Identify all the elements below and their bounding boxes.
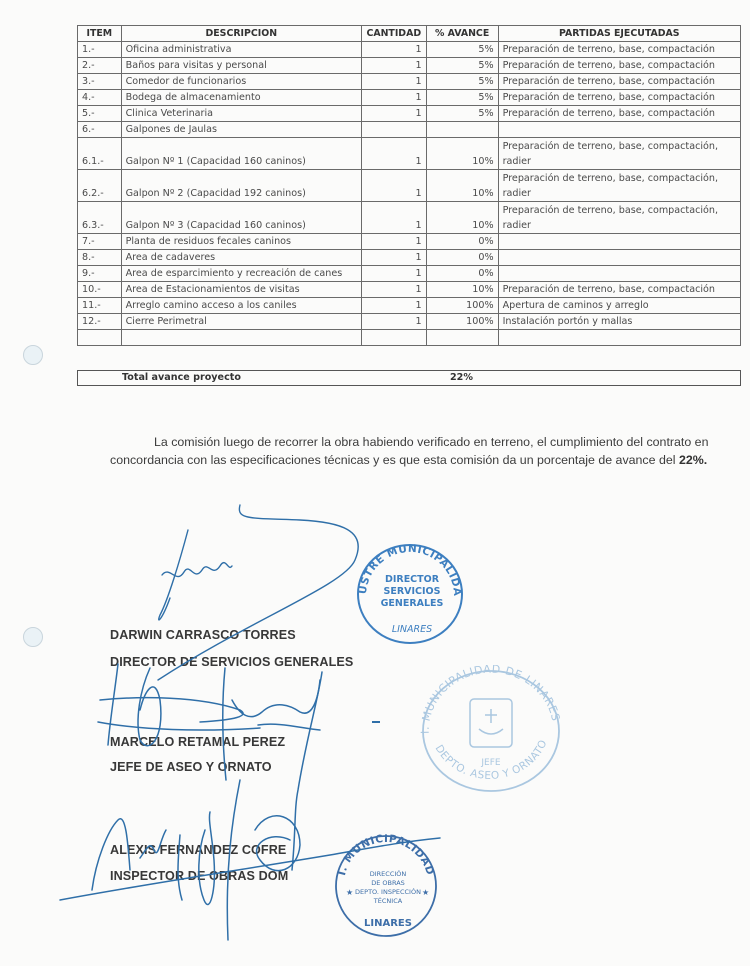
progress-table: ITEM DESCRIPCION CANTIDAD % AVANCE PARTI… bbox=[77, 25, 741, 346]
table-row: 2.-Baños para visitas y personal15%Prepa… bbox=[78, 58, 741, 74]
cell-cantidad bbox=[361, 122, 426, 138]
cell-cantidad: 1 bbox=[361, 314, 426, 330]
total-value: 22% bbox=[446, 371, 741, 386]
cell-partidas bbox=[498, 266, 740, 282]
cell-descripcion: Galpones de Jaulas bbox=[121, 122, 361, 138]
total-table: Total avance proyecto 22% bbox=[77, 370, 741, 386]
cell-avance: 5% bbox=[426, 106, 498, 122]
cell-avance: 0% bbox=[426, 266, 498, 282]
cell-partidas: Preparación de terreno, base, compactaci… bbox=[498, 170, 740, 202]
cell-cantidad: 1 bbox=[361, 250, 426, 266]
cell-cantidad: 1 bbox=[361, 170, 426, 202]
cell-descripcion: Galpon Nº 1 (Capacidad 160 caninos) bbox=[121, 138, 361, 170]
cell-item: 7.- bbox=[78, 234, 122, 250]
cell-cantidad: 1 bbox=[361, 42, 426, 58]
cell-avance: 10% bbox=[426, 202, 498, 234]
cell-avance: 0% bbox=[426, 234, 498, 250]
cell-descripcion: Area de Estacionamientos de visitas bbox=[121, 282, 361, 298]
cell-item: 6.3.- bbox=[78, 202, 122, 234]
total-row: Total avance proyecto 22% bbox=[78, 371, 741, 386]
cell-item: 6.1.- bbox=[78, 138, 122, 170]
cell-partidas: Preparación de terreno, base, compactaci… bbox=[498, 138, 740, 170]
table-row: 8.-Area de cadaveres10% bbox=[78, 250, 741, 266]
cell-cantidad: 1 bbox=[361, 90, 426, 106]
cell-avance: 5% bbox=[426, 42, 498, 58]
cell-descripcion: Arreglo camino acceso a los caniles bbox=[121, 298, 361, 314]
cell-descripcion: Baños para visitas y personal bbox=[121, 58, 361, 74]
conclusion-paragraph: La comisión luego de recorrer la obra ha… bbox=[110, 433, 710, 469]
cell-item: 12.- bbox=[78, 314, 122, 330]
star-icon: ★ bbox=[422, 888, 429, 897]
cell-partidas bbox=[498, 122, 740, 138]
cell-cantidad: 1 bbox=[361, 202, 426, 234]
table-row: 12.-Cierre Perimetral1100%Instalación po… bbox=[78, 314, 741, 330]
cell-avance: 5% bbox=[426, 58, 498, 74]
cell-partidas bbox=[498, 250, 740, 266]
cell-avance bbox=[426, 330, 498, 346]
table-row: 10.-Area de Estacionamientos de visitas1… bbox=[78, 282, 741, 298]
cell-cantidad: 1 bbox=[361, 74, 426, 90]
signature-darwin bbox=[158, 505, 358, 680]
stamp-aseo-ornato: I. MUNICIPALIDAD DE LINARES JEFE DEPTO. … bbox=[415, 665, 565, 795]
table-row: 6.2.-Galpon Nº 2 (Capacidad 192 caninos)… bbox=[78, 170, 741, 202]
stamp1-line-2: SERVICIOS bbox=[384, 586, 441, 597]
cell-cantidad: 1 bbox=[361, 282, 426, 298]
cell-descripcion: Clinica Veterinaria bbox=[121, 106, 361, 122]
cell-cantidad: 1 bbox=[361, 138, 426, 170]
cell-item: 9.- bbox=[78, 266, 122, 282]
cell-descripcion: Comedor de funcionarios bbox=[121, 74, 361, 90]
cell-partidas: Apertura de caminos y arreglo bbox=[498, 298, 740, 314]
signature-name-2: MARCELO RETAMAL PEREZ bbox=[110, 735, 285, 749]
cell-item: 10.- bbox=[78, 282, 122, 298]
cell-avance: 100% bbox=[426, 314, 498, 330]
cell-avance: 5% bbox=[426, 74, 498, 90]
cell-descripcion: Planta de residuos fecales caninos bbox=[121, 234, 361, 250]
table-row: 6.-Galpones de Jaulas bbox=[78, 122, 741, 138]
cell-descripcion: Oficina administrativa bbox=[121, 42, 361, 58]
stamp3-line-4: TÉCNICA bbox=[373, 896, 403, 905]
cell-item: 6.- bbox=[78, 122, 122, 138]
table-body: 1.-Oficina administrativa15%Preparación … bbox=[78, 42, 741, 346]
cell-cantidad: 1 bbox=[361, 298, 426, 314]
stamp1-line-3: GENERALES bbox=[381, 598, 444, 609]
cell-item: 1.- bbox=[78, 42, 122, 58]
cell-descripcion bbox=[121, 330, 361, 346]
cell-partidas: Instalación portón y mallas bbox=[498, 314, 740, 330]
header-partidas: PARTIDAS EJECUTADAS bbox=[498, 26, 740, 42]
punch-hole-bottom bbox=[23, 627, 43, 647]
stamp1-line-1: DIRECTOR bbox=[385, 574, 440, 585]
cell-descripcion: Cierre Perimetral bbox=[121, 314, 361, 330]
cell-avance: 100% bbox=[426, 298, 498, 314]
cell-descripcion: Area de cadaveres bbox=[121, 250, 361, 266]
punch-hole-top bbox=[23, 345, 43, 365]
table-row: 4.-Bodega de almacenamiento15%Preparació… bbox=[78, 90, 741, 106]
cell-cantidad: 1 bbox=[361, 58, 426, 74]
cell-avance: 5% bbox=[426, 90, 498, 106]
cell-partidas: Preparación de terreno, base, compactaci… bbox=[498, 74, 740, 90]
stamp-servicios-generales: ILUSTRE MUNICIPALIDAD DIRECTOR SERVICIOS… bbox=[352, 538, 468, 646]
cell-partidas bbox=[498, 234, 740, 250]
cell-descripcion: Bodega de almacenamiento bbox=[121, 90, 361, 106]
cell-item: 11.- bbox=[78, 298, 122, 314]
table-row bbox=[78, 330, 741, 346]
cell-item: 3.- bbox=[78, 74, 122, 90]
conclusion-percentage: 22%. bbox=[679, 453, 707, 467]
cell-descripcion: Area de esparcimiento y recreación de ca… bbox=[121, 266, 361, 282]
table-row: 6.3.-Galpon Nº 3 (Capacidad 160 caninos)… bbox=[78, 202, 741, 234]
signature-name-1: DARWIN CARRASCO TORRES bbox=[110, 628, 296, 642]
cell-partidas: Preparación de terreno, base, compactaci… bbox=[498, 106, 740, 122]
cell-descripcion: Galpon Nº 3 (Capacidad 160 caninos) bbox=[121, 202, 361, 234]
cell-cantidad: 1 bbox=[361, 234, 426, 250]
table-row: 5.-Clinica Veterinaria15%Preparación de … bbox=[78, 106, 741, 122]
table-row: 1.-Oficina administrativa15%Preparación … bbox=[78, 42, 741, 58]
cell-partidas: Preparación de terreno, base, compactaci… bbox=[498, 202, 740, 234]
signature-title-3: INSPECTOR DE OBRAS DOM bbox=[110, 869, 288, 883]
stamp3-line-2: DE OBRAS bbox=[371, 879, 405, 887]
signature-title-2: JEFE DE ASEO Y ORNATO bbox=[110, 760, 272, 774]
star-icon: ★ bbox=[346, 888, 353, 897]
stamp-direccion-obras: I. MUNICIPALIDAD DIRECCIÓN DE OBRAS DEPT… bbox=[330, 828, 442, 940]
cell-avance: 0% bbox=[426, 250, 498, 266]
cell-partidas: Preparación de terreno, base, compactaci… bbox=[498, 58, 740, 74]
stamp2-line-1: JEFE bbox=[480, 758, 501, 768]
cell-avance: 10% bbox=[426, 282, 498, 298]
cell-item: 2.- bbox=[78, 58, 122, 74]
header-item: ITEM bbox=[78, 26, 122, 42]
header-cantidad: CANTIDAD bbox=[361, 26, 426, 42]
conclusion-text: La comisión luego de recorrer la obra ha… bbox=[110, 435, 708, 467]
cell-item bbox=[78, 330, 122, 346]
cell-partidas: Preparación de terreno, base, compactaci… bbox=[498, 282, 740, 298]
header-descripcion: DESCRIPCION bbox=[121, 26, 361, 42]
cell-item: 6.2.- bbox=[78, 170, 122, 202]
table-row: 7.-Planta de residuos fecales caninos10% bbox=[78, 234, 741, 250]
table-row: 9.-Area de esparcimiento y recreación de… bbox=[78, 266, 741, 282]
stamp3-line-1: DIRECCIÓN bbox=[370, 869, 407, 878]
stamp3-line-3: DEPTO. INSPECCIÓN bbox=[355, 887, 421, 896]
table-row: 3.-Comedor de funcionarios15%Preparación… bbox=[78, 74, 741, 90]
cell-avance bbox=[426, 122, 498, 138]
cell-item: 5.- bbox=[78, 106, 122, 122]
header-avance: % AVANCE bbox=[426, 26, 498, 42]
stamp3-ring-bottom: LINARES bbox=[364, 918, 412, 929]
cell-partidas bbox=[498, 330, 740, 346]
cell-descripcion: Galpon Nº 2 (Capacidad 192 caninos) bbox=[121, 170, 361, 202]
cell-partidas: Preparación de terreno, base, compactaci… bbox=[498, 42, 740, 58]
signature-name-3: ALEXIS FERNANDEZ COFRE bbox=[110, 843, 286, 857]
cell-partidas: Preparación de terreno, base, compactaci… bbox=[498, 90, 740, 106]
signature-title-1: DIRECTOR DE SERVICIOS GENERALES bbox=[110, 655, 353, 669]
table-header-row: ITEM DESCRIPCION CANTIDAD % AVANCE PARTI… bbox=[78, 26, 741, 42]
cell-avance: 10% bbox=[426, 138, 498, 170]
total-label: Total avance proyecto bbox=[78, 371, 447, 386]
cell-cantidad bbox=[361, 330, 426, 346]
stamp1-ring-bottom: LINARES bbox=[392, 624, 432, 635]
cell-cantidad: 1 bbox=[361, 266, 426, 282]
cell-cantidad: 1 bbox=[361, 106, 426, 122]
table-row: 6.1.-Galpon Nº 1 (Capacidad 160 caninos)… bbox=[78, 138, 741, 170]
cell-item: 4.- bbox=[78, 90, 122, 106]
cell-avance: 10% bbox=[426, 170, 498, 202]
cell-item: 8.- bbox=[78, 250, 122, 266]
table-row: 11.-Arreglo camino acceso a los caniles1… bbox=[78, 298, 741, 314]
